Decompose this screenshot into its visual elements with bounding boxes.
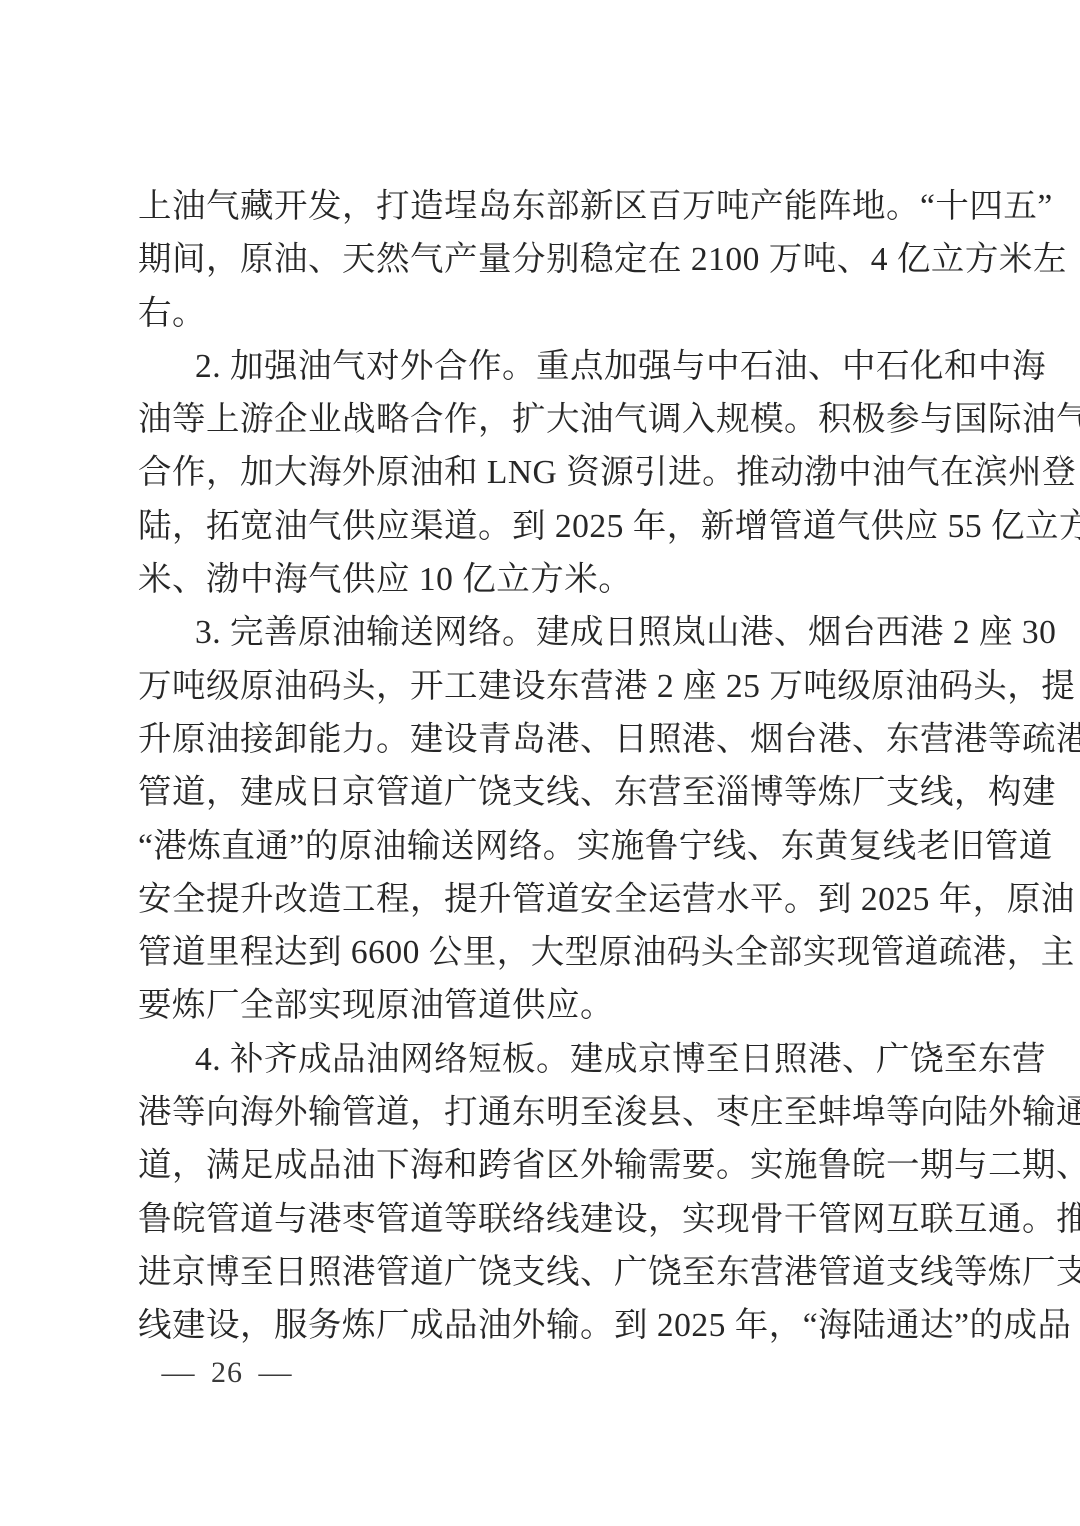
paragraph: 3. 完善原油输送网络。建成日照岚山港、烟台西港 2 座 30万吨级原油码头，开… [138, 606, 944, 1032]
paragraph: 2. 加强油气对外合作。重点加强与中石油、中石化和中海油等上游企业战略合作，扩大… [138, 340, 944, 606]
text-line: 升原油接卸能力。建设青岛港、日照港、烟台港、东营港等疏港 [138, 713, 944, 766]
text-line: 鲁皖管道与港枣管道等联络线建设，实现骨干管网互联互通。推 [138, 1193, 944, 1246]
text-line: 上油气藏开发，打造埕岛东部新区百万吨产能阵地。“十四五” [138, 180, 944, 233]
text-line: 进京博至日照港管道广饶支线、广饶至东营港管道支线等炼厂支 [138, 1246, 944, 1299]
text-line: 安全提升改造工程，提升管道安全运营水平。到 2025 年，原油 [138, 873, 944, 926]
page-footer: — 26 — [163, 1352, 291, 1394]
text-line: 港等向海外输管道，打通东明至浚县、枣庄至蚌埠等向陆外输通 [138, 1086, 944, 1139]
text-line: 米、渤中海气供应 10 亿立方米。 [138, 553, 944, 606]
text-line: 油等上游企业战略合作，扩大油气调入规模。积极参与国际油气 [138, 393, 944, 446]
text-line: 要炼厂全部实现原油管道供应。 [138, 979, 944, 1032]
text-line: 4. 补齐成品油网络短板。建成京博至日照港、广饶至东营 [138, 1033, 944, 1086]
footer-dash-left: — [161, 1356, 195, 1390]
text-line: 2. 加强油气对外合作。重点加强与中石油、中石化和中海 [138, 340, 944, 393]
text-line: 合作，加大海外原油和 LNG 资源引进。推动渤中油气在滨州登 [138, 446, 944, 499]
text-line: “港炼直通”的原油输送网络。实施鲁宁线、东黄复线老旧管道 [138, 820, 944, 873]
footer-dash-right: — [258, 1356, 292, 1390]
text-line: 陆，拓宽油气供应渠道。到 2025 年，新增管道气供应 55 亿立方 [138, 500, 944, 553]
page-number: 26 [211, 1356, 243, 1390]
paragraph: 上油气藏开发，打造埕岛东部新区百万吨产能阵地。“十四五”期间，原油、天然气产量分… [138, 180, 944, 340]
text-line: 线建设，服务炼厂成品油外输。到 2025 年，“海陆通达”的成品 [138, 1299, 944, 1352]
document-page: 上油气藏开发，打造埕岛东部新区百万吨产能阵地。“十四五”期间，原油、天然气产量分… [0, 0, 1080, 1526]
document-body: 上油气藏开发，打造埕岛东部新区百万吨产能阵地。“十四五”期间，原油、天然气产量分… [138, 180, 944, 1353]
text-line: 管道，建成日京管道广饶支线、东营至淄博等炼厂支线，构建 [138, 766, 944, 819]
text-line: 3. 完善原油输送网络。建成日照岚山港、烟台西港 2 座 30 [138, 606, 944, 659]
text-line: 期间，原油、天然气产量分别稳定在 2100 万吨、4 亿立方米左 [138, 233, 944, 286]
text-line: 管道里程达到 6600 公里，大型原油码头全部实现管道疏港，主 [138, 926, 944, 979]
text-line: 右。 [138, 287, 944, 340]
text-line: 道，满足成品油下海和跨省区外输需要。实施鲁皖一期与二期、 [138, 1139, 944, 1192]
paragraph: 4. 补齐成品油网络短板。建成京博至日照港、广饶至东营港等向海外输管道，打通东明… [138, 1033, 944, 1353]
text-line: 万吨级原油码头，开工建设东营港 2 座 25 万吨级原油码头，提 [138, 660, 944, 713]
